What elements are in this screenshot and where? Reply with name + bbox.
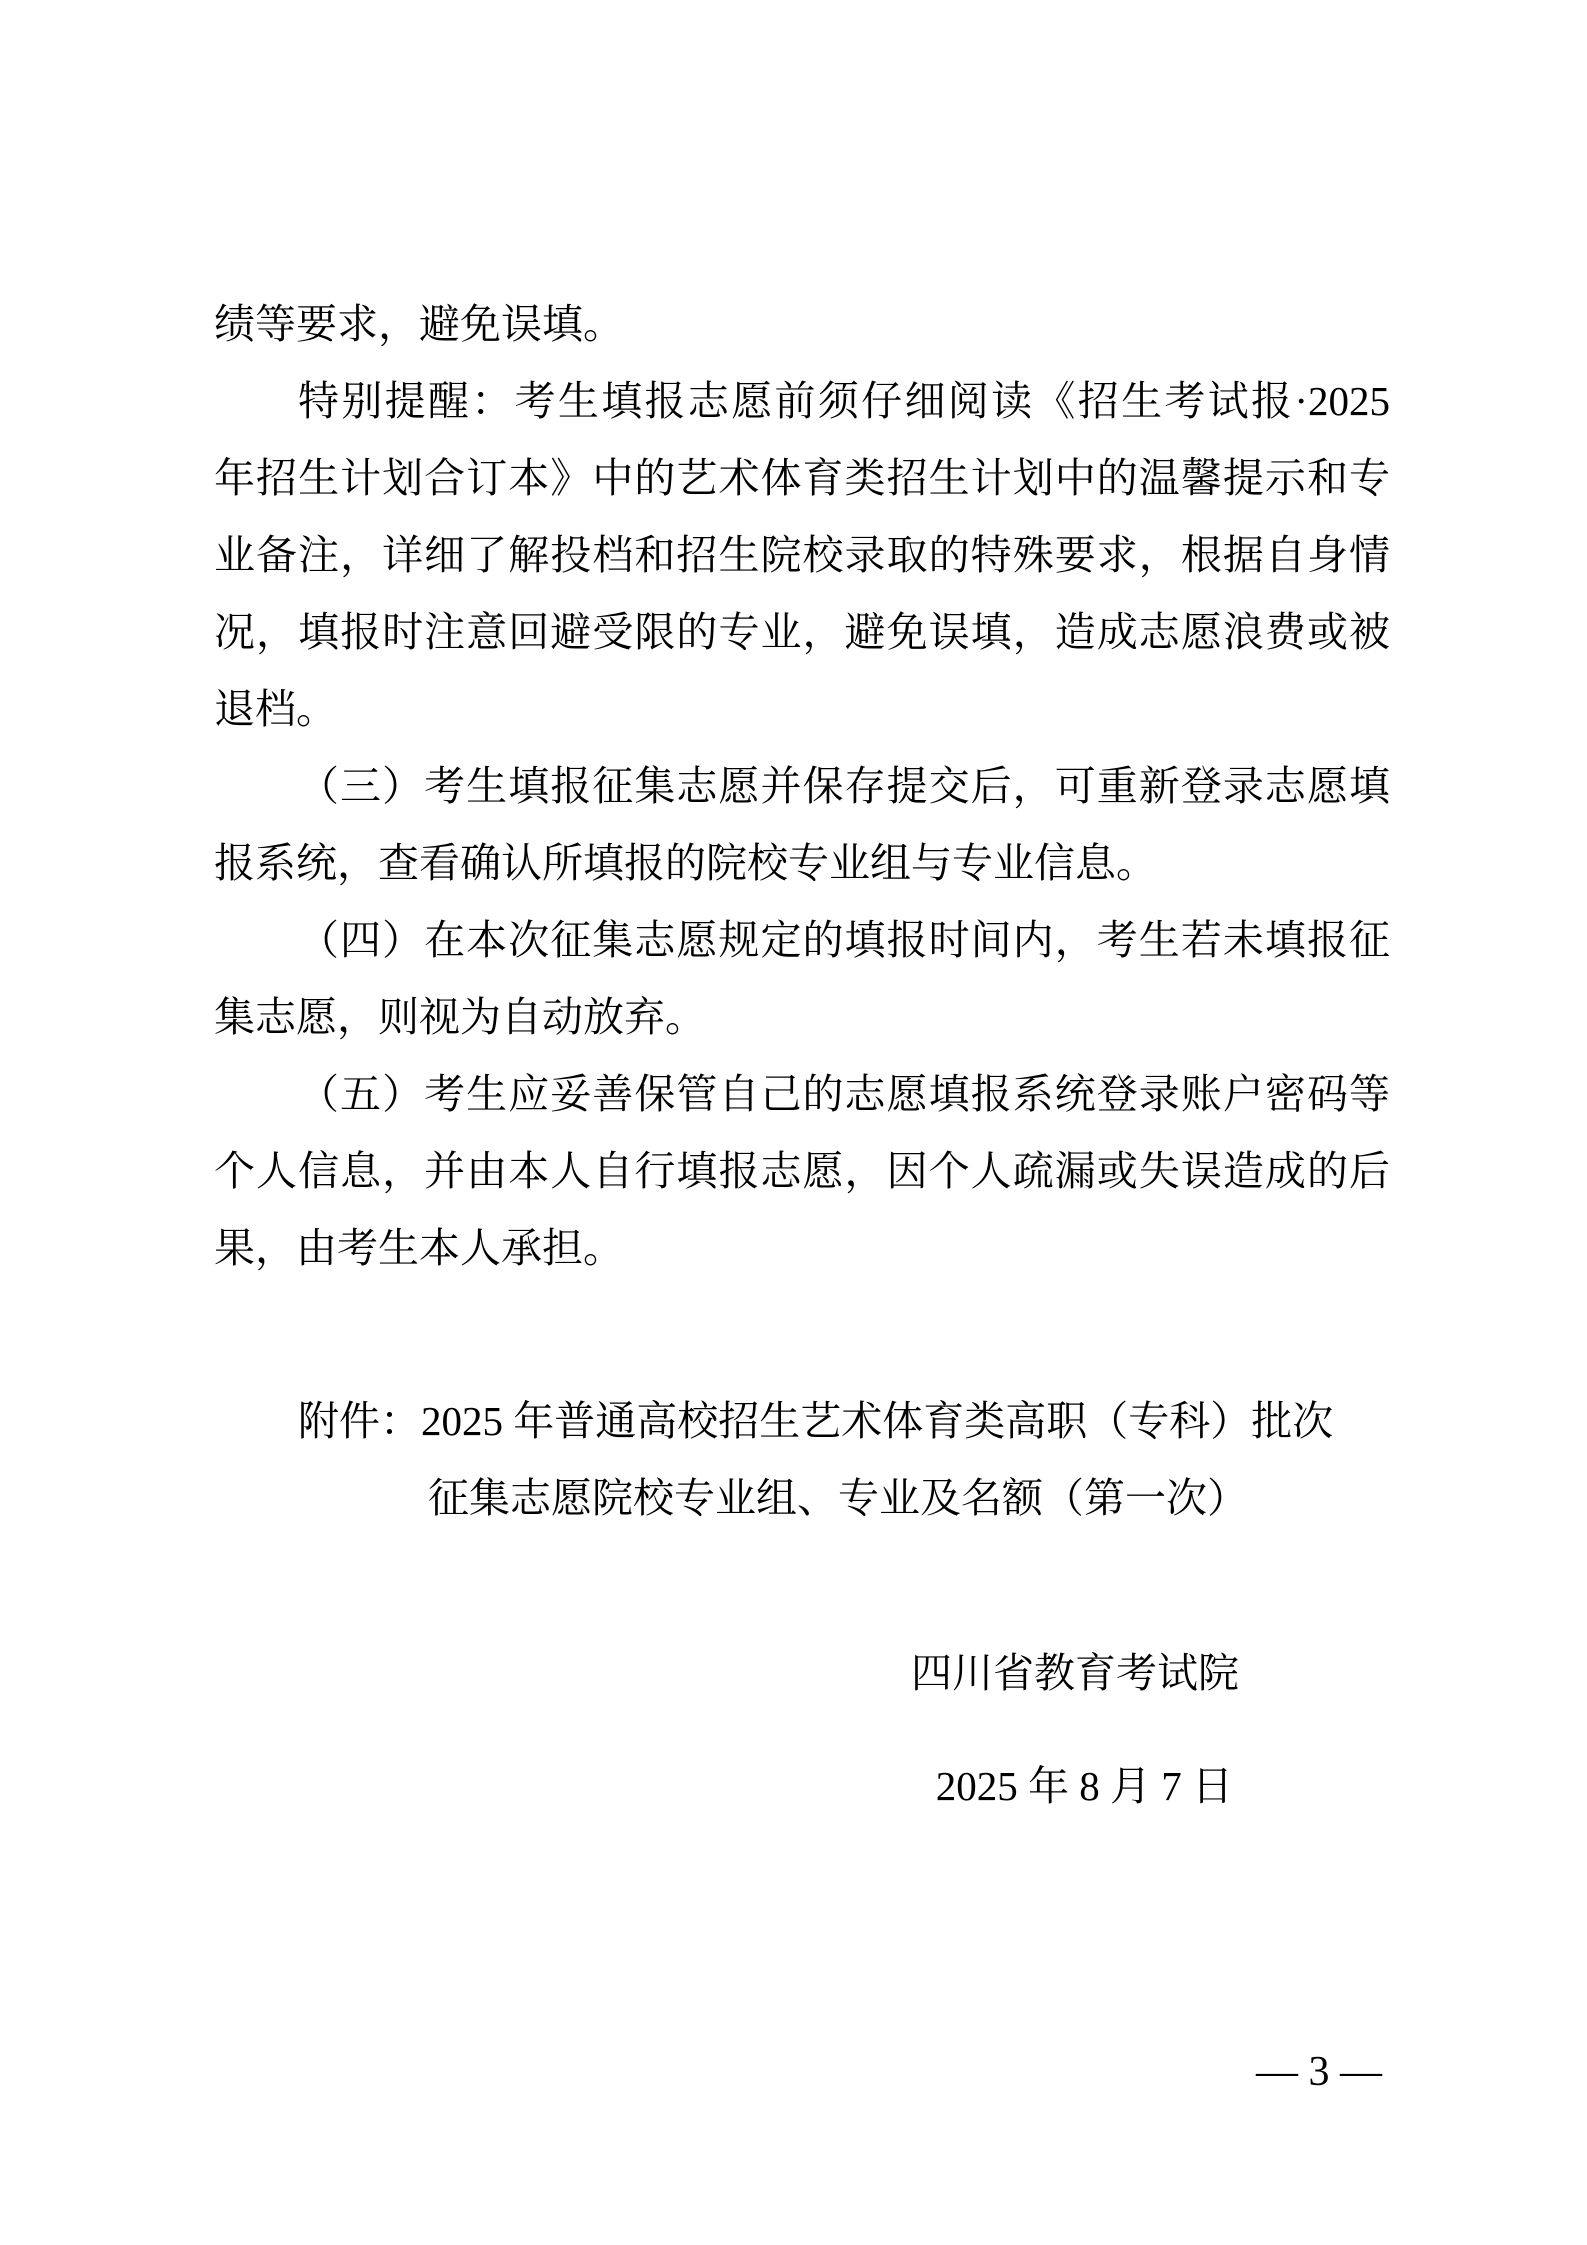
page-number: — 3 — [1256,2038,1382,2106]
body-line-12: 个人信息，并由本人自行填报志愿，因个人疏漏或失误造成的后 [214,1133,1390,1210]
signature-issuer: 四川省教育考试院 [214,1635,1390,1712]
body-line-11: （五）考生应妥善保管自己的志愿填报系统登录账户密码等 [214,1056,1390,1133]
attachment-line-2: 征集志愿院校专业组、专业及名额（第一次） [214,1460,1390,1537]
signature-block: 四川省教育考试院 2025 年 8 月 7 日 [214,1635,1390,1825]
document-body: 绩等要求，避免误填。 特别提醒：考生填报志愿前须仔细阅读《招生考试报·2025 … [214,286,1390,1825]
body-line-6: 退档。 [214,671,1390,748]
body-line-2: 特别提醒：考生填报志愿前须仔细阅读《招生考试报·2025 [214,363,1390,440]
body-line-7: （三）考生填报征集志愿并保存提交后，可重新登录志愿填 [214,748,1390,825]
body-line-10: 集志愿，则视为自动放弃。 [214,979,1390,1056]
body-line-8: 报系统，查看确认所填报的院校专业组与专业信息。 [214,825,1390,902]
attachment-line-1: 附件：2025 年普通高校招生艺术体育类高职（专科）批次 [214,1383,1390,1460]
document-page: 绩等要求，避免误填。 特别提醒：考生填报志愿前须仔细阅读《招生考试报·2025 … [0,0,1587,2245]
body-line-5: 况，填报时注意回避受限的专业，避免误填，造成志愿浪费或被 [214,594,1390,671]
attachment-block: 附件：2025 年普通高校招生艺术体育类高职（专科）批次 征集志愿院校专业组、专… [214,1383,1390,1537]
body-line-4: 业备注，详细了解投档和招生院校录取的特殊要求，根据自身情 [214,517,1390,594]
body-line-3: 年招生计划合订本》中的艺术体育类招生计划中的温馨提示和专 [214,440,1390,517]
signature-date: 2025 年 8 月 7 日 [214,1748,1390,1825]
body-line-9: （四）在本次征集志愿规定的填报时间内，考生若未填报征 [214,902,1390,979]
body-line-1: 绩等要求，避免误填。 [214,286,1390,363]
body-line-13: 果，由考生本人承担。 [214,1210,1390,1287]
